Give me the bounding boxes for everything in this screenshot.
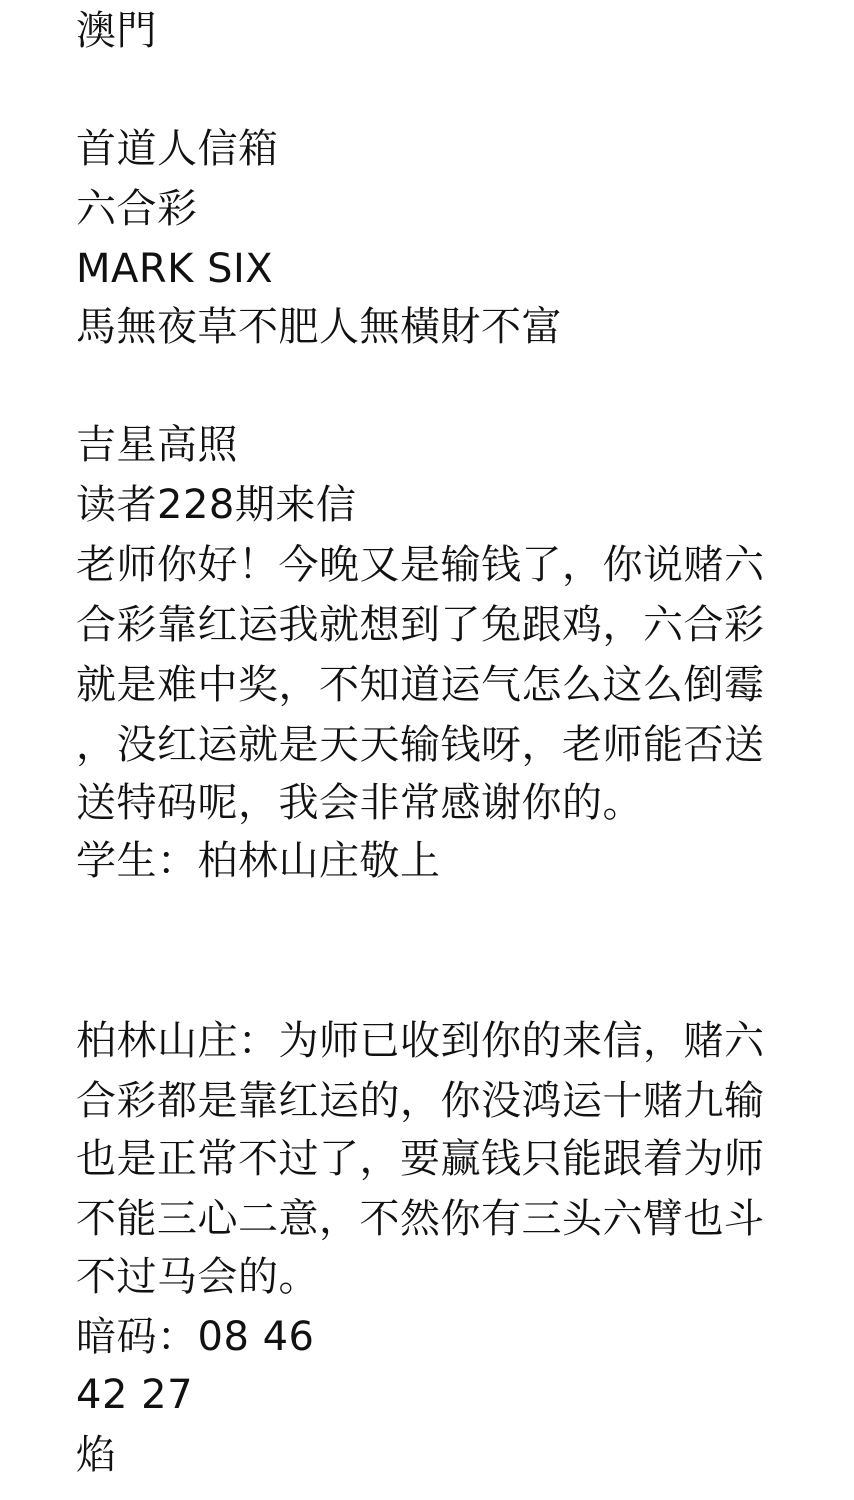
proverb: 馬無夜草不肥人無橫財不富: [76, 298, 562, 356]
code-line: 暗码：08 46: [76, 1308, 315, 1366]
letter-issue: 读者228期来信: [76, 476, 356, 534]
heading-lottery-cn: 六合彩: [76, 180, 198, 238]
reply-line: 也是正常不过了，要赢钱只能跟着为师: [76, 1130, 765, 1188]
heading-mailbox: 首道人信箱: [76, 120, 279, 178]
letter-line: 合彩靠红运我就想到了兔跟鸡，六合彩: [76, 596, 765, 654]
letter-signature: 学生：柏林山庄敬上: [76, 832, 441, 890]
letter-line: ，没红运就是天天输钱呀，老师能否送: [76, 716, 765, 774]
letter-line: 就是难中奖，不知道运气怎么这么倒霉: [76, 656, 765, 714]
section-title: 吉星高照: [76, 416, 238, 474]
heading-lottery-en: MARK SIX: [76, 240, 273, 298]
reply-line: 柏林山庄：为师已收到你的来信，赌六: [76, 1012, 765, 1070]
heading-location: 澳門: [76, 2, 157, 60]
code-line: 42 27: [76, 1366, 193, 1424]
reply-line: 合彩都是靠红运的，你没鸿运十赌九输: [76, 1072, 765, 1130]
reply-line: 不能三心二意，不然你有三头六臂也斗: [76, 1190, 765, 1248]
letter-line: 送特码呢，我会非常感谢你的。: [76, 774, 643, 832]
reply-line: 不过马会的。: [76, 1248, 319, 1306]
letter-line: 老师你好！今晚又是输钱了，你说赌六: [76, 536, 765, 594]
closing-char: 焰: [76, 1426, 117, 1484]
